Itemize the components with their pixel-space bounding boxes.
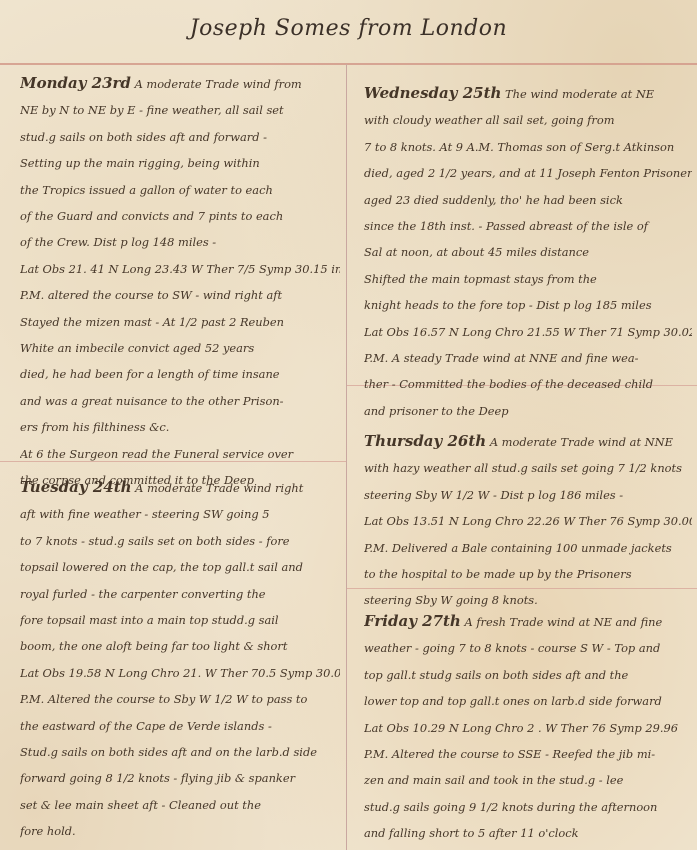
entry-first-line: Tuesday 24th A moderate Trade wind right (20, 474, 340, 501)
entry-day: Thursday 26th (364, 432, 486, 450)
entry-line: Sal at noon, at about 45 miles distance (364, 239, 692, 265)
header-rule (0, 63, 697, 65)
entry-first-line: Monday 23rd A moderate Trade wind from (20, 70, 340, 97)
entry-line: Lat Obs 21. 41 N Long 23.43 W Ther 7/5 S… (20, 256, 340, 282)
entry-line: aft with fine weather - steering SW goin… (20, 501, 340, 527)
entry-line: Stayed the mizen mast - At 1/2 past 2 Re… (20, 309, 340, 335)
entry-line: P.M. Altered the course to Sby W 1/2 W t… (20, 686, 340, 712)
entry-line: zen and main sail and took in the stud.g… (364, 767, 692, 793)
journal-entry-thursday: Thursday 26th A moderate Trade wind at N… (364, 428, 692, 614)
entry-line: weather - going 7 to 8 knots - course S … (364, 635, 692, 661)
entry-line: aged 23 died suddenly, tho' he had been … (364, 187, 692, 213)
entry-day: Monday 23rd (20, 74, 131, 92)
entry-line: fore topsail mast into a main top studd.… (20, 607, 340, 633)
entry-line: Lat Obs 10.29 N Long Chro 2 . W Ther 76 … (364, 715, 692, 741)
entry-line: ther - Committed the bodies of the decea… (364, 371, 692, 397)
entry-line: Lat Obs 13.51 N Long Chro 22.26 W Ther 7… (364, 508, 692, 534)
entry-line: 7 to 8 knots. At 9 A.M. Thomas son of Se… (364, 134, 692, 160)
entry-line: with cloudy weather all sail set, going … (364, 107, 692, 133)
entry-line: ers from his filthiness &c. (20, 414, 340, 440)
entry-line: of the Crew. Dist p log 148 miles - (20, 229, 340, 255)
entry-line: and falling short to 5 after 11 o'clock (364, 820, 692, 846)
entry-line: the Tropics issued a gallon of water to … (20, 177, 340, 203)
entry-line: of the Guard and convicts and 7 pints to… (20, 203, 340, 229)
entry-line: with hazy weather all stud.g sails set g… (364, 455, 692, 481)
journal-entry-monday: Monday 23rd A moderate Trade wind from N… (20, 70, 340, 494)
entry-line: topsail lowered on the cap, the top gall… (20, 554, 340, 580)
entry-line: set & lee main sheet aft - Cleaned out t… (20, 792, 340, 818)
entry-line: the eastward of the Cape de Verde island… (20, 713, 340, 739)
entry-line: P.M. Delivered a Bale containing 100 unm… (364, 535, 692, 561)
entry-line: Lat Obs 16.57 N Long Chro 21.55 W Ther 7… (364, 319, 692, 345)
entry-line: died, he had been for a length of time i… (20, 361, 340, 387)
entry-line: P.M. A steady Trade wind at NNE and fine… (364, 345, 692, 371)
column-divider (346, 64, 347, 850)
entry-day: Tuesday 24th (20, 478, 132, 496)
entry-line: NE by N to NE by E - fine weather, all s… (20, 97, 340, 123)
entry-line: to the hospital to be made up by the Pri… (364, 561, 692, 587)
entry-day: Wednesday 25th (364, 84, 501, 102)
entry-line: died, aged 2 1/2 years, and at 11 Joseph… (364, 160, 692, 186)
entry-line: fore hold. (20, 818, 340, 844)
journal-entry-wednesday: Wednesday 25th The wind moderate at NE w… (364, 80, 692, 424)
entry-day: Friday 27th (364, 612, 461, 630)
entry-line: top gall.t studg sails on both sides aft… (364, 662, 692, 688)
entry-line: P.M. Altered the course to SSE - Reefed … (364, 741, 692, 767)
journal-entry-tuesday: Tuesday 24th A moderate Trade wind right… (20, 474, 340, 845)
entry-line: and was a great nuisance to the other Pr… (20, 388, 340, 414)
entry-first-line: Thursday 26th A moderate Trade wind at N… (364, 428, 692, 455)
entry-line: Setting up the main rigging, being withi… (20, 150, 340, 176)
entry-line: lower top and top gall.t ones on larb.d … (364, 688, 692, 714)
entry-line: to 7 knots - stud.g sails set on both si… (20, 528, 340, 554)
entry-line: Stud.g sails on both sides aft and on th… (20, 739, 340, 765)
entry-line: royal furled - the carpenter converting … (20, 581, 340, 607)
entry-line: White an imbecile convict aged 52 years (20, 335, 340, 361)
entry-line: P.M. altered the course to SW - wind rig… (20, 282, 340, 308)
entry-line: stud.g sails on both sides aft and forwa… (20, 124, 340, 150)
entry-first-line: Friday 27th A fresh Trade wind at NE and… (364, 608, 692, 635)
entry-line: boom, the one aloft being far too light … (20, 633, 340, 659)
entry-line: since the 18th inst. - Passed abreast of… (364, 213, 692, 239)
entry-line: Shifted the main topmast stays from the (364, 266, 692, 292)
entry-line: knight heads to the fore top - Dist p lo… (364, 292, 692, 318)
entry-line: and prisoner to the Deep (364, 398, 692, 424)
entry-line: Lat Obs 19.58 N Long Chro 21. W Ther 70.… (20, 660, 340, 686)
journal-page: Joseph Somes from London Monday 23rd A m… (0, 0, 697, 850)
entry-first-line: Wednesday 25th The wind moderate at NE (364, 80, 692, 107)
entry-line: steering Sby W 1/2 W - Dist p log 186 mi… (364, 482, 692, 508)
entry-line: stud.g sails going 9 1/2 knots during th… (364, 794, 692, 820)
entry-line: At 6 the Surgeon read the Funeral servic… (20, 441, 340, 467)
entry-line: forward going 8 1/2 knots - flying jib &… (20, 765, 340, 791)
journal-entry-friday: Friday 27th A fresh Trade wind at NE and… (364, 608, 692, 847)
page-title: Joseph Somes from London (0, 16, 697, 41)
